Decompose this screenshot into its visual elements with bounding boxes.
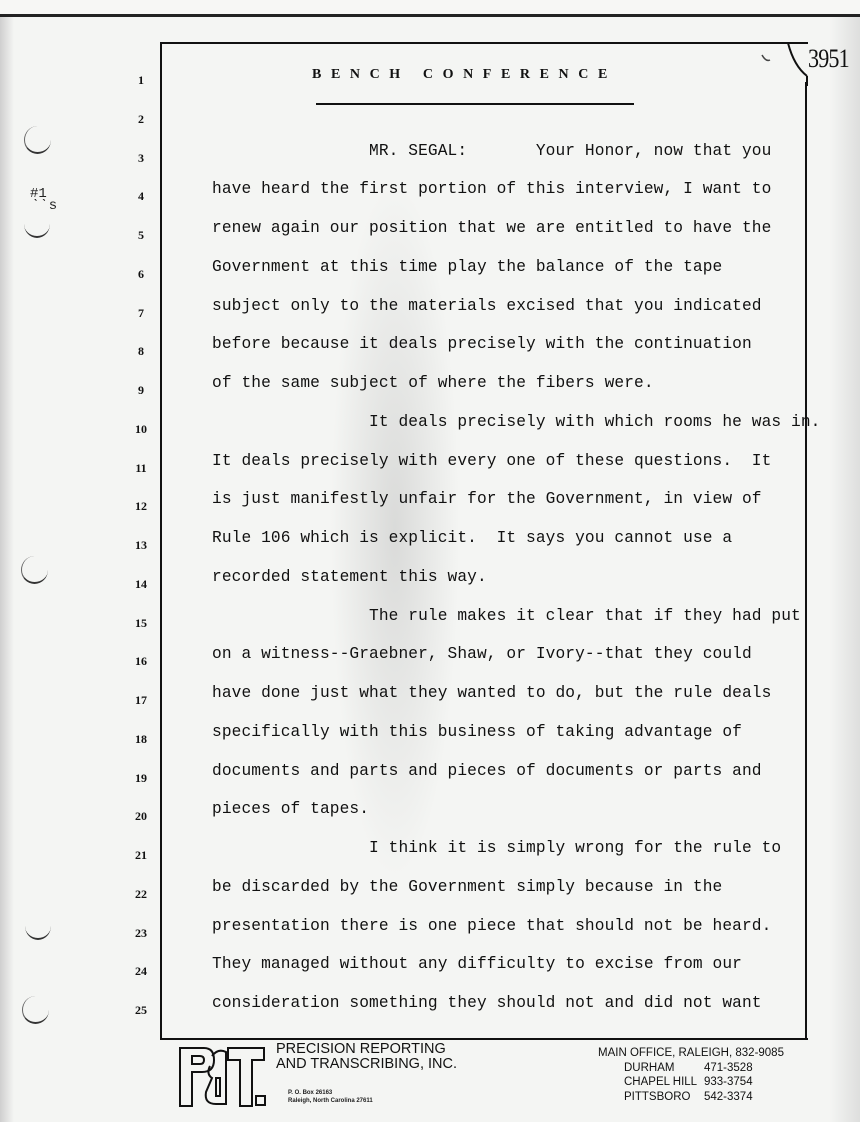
- line-number: 11: [126, 461, 156, 476]
- office-row: DURHAM471-3528: [598, 1061, 784, 1076]
- transcript-line: subject only to the materials excised th…: [212, 297, 762, 315]
- company-name: PRECISION REPORTING AND TRANSCRIBING, IN…: [276, 1042, 457, 1072]
- hole-punch-icon: [25, 912, 51, 940]
- transcript-line: I think it is simply wrong for the rule …: [212, 839, 781, 857]
- hole-punch-icon: [24, 210, 50, 238]
- transcript-line: specifically with this business of takin…: [212, 723, 742, 741]
- transcript-line: MR. SEGAL: Your Honor, now that you: [212, 142, 771, 160]
- line-number: 18: [126, 732, 156, 747]
- heading-underline: [316, 103, 634, 105]
- office-city: CHAPEL HILL: [624, 1075, 704, 1090]
- transcript-line: It deals precisely with every one of the…: [212, 452, 771, 470]
- office-row: PITTSBORO542-3374: [598, 1090, 784, 1105]
- line-number: 20: [126, 809, 156, 824]
- transcript-line: be discarded by the Government simply be…: [212, 878, 722, 896]
- office-phone: 933-3754: [704, 1076, 753, 1088]
- line-number: 13: [126, 538, 156, 553]
- office-city: PITTSBORO: [624, 1090, 704, 1105]
- office-city: DURHAM: [624, 1061, 704, 1076]
- page-frame-right: [805, 82, 807, 1038]
- margin-note: #1 ˋˋs: [30, 186, 57, 214]
- line-number: 5: [126, 228, 156, 243]
- margin-note-mark: ˋˋs: [32, 198, 57, 214]
- transcript-line: It deals precisely with which rooms he w…: [212, 413, 820, 431]
- office-phone: 542-3374: [704, 1091, 753, 1103]
- transcript-line: documents and parts and pieces of docume…: [212, 762, 762, 780]
- transcript-line: recorded statement this way.: [212, 568, 487, 586]
- line-number: 23: [126, 926, 156, 941]
- line-number: 25: [126, 1003, 156, 1018]
- company-logo: [178, 1044, 268, 1108]
- transcript-line: before because it deals precisely with t…: [212, 335, 752, 353]
- main-office: MAIN OFFICE, RALEIGH, 832-9085: [598, 1046, 784, 1061]
- transcript-line: presentation there is one piece that sho…: [212, 917, 771, 935]
- line-number: 17: [126, 693, 156, 708]
- line-number: 9: [126, 383, 156, 398]
- line-number: 14: [126, 577, 156, 592]
- hole-punch-icon: [22, 996, 49, 1024]
- transcript-line: pieces of tapes.: [212, 800, 369, 818]
- transcript-line: is just manifestly unfair for the Govern…: [212, 490, 762, 508]
- transcript-line: They managed without any difficulty to e…: [212, 955, 742, 973]
- line-number: 4: [126, 189, 156, 204]
- transcript-line: on a witness--Graebner, Shaw, or Ivory--…: [212, 645, 752, 663]
- transcript-line: Rule 106 which is explicit. It says you …: [212, 529, 732, 547]
- transcript-line: have heard the first portion of this int…: [212, 180, 771, 198]
- hole-punch-icon: [21, 556, 48, 584]
- line-number: 22: [126, 887, 156, 902]
- office-phone: 471-3528: [704, 1062, 753, 1074]
- frame-corner-cut: [760, 40, 810, 86]
- transcript-line: renew again our position that we are ent…: [212, 219, 771, 237]
- page-number: 3951: [808, 44, 849, 74]
- line-number: 1: [126, 73, 156, 88]
- line-number: 6: [126, 267, 156, 282]
- line-number: 2: [126, 112, 156, 127]
- office-directory: MAIN OFFICE, RALEIGH, 832-9085 DURHAM471…: [598, 1046, 784, 1104]
- line-number: 8: [126, 344, 156, 359]
- company-address: P. O. Box 26163 Raleigh, North Carolina …: [288, 1089, 373, 1105]
- line-number: 10: [126, 422, 156, 437]
- line-number: 21: [126, 848, 156, 863]
- scan-right-shadow: [830, 17, 860, 1122]
- transcript-line: The rule makes it clear that if they had…: [212, 607, 801, 625]
- office-row: CHAPEL HILL933-3754: [598, 1075, 784, 1090]
- hole-punch-icon: [24, 126, 51, 154]
- scan-top-edge: [0, 0, 860, 17]
- page-title: BENCH CONFERENCE: [312, 67, 617, 83]
- scan-left-shadow: [0, 17, 14, 1122]
- transcript-line: of the same subject of where the fibers …: [212, 374, 654, 392]
- line-number: 12: [126, 499, 156, 514]
- line-number: 7: [126, 306, 156, 321]
- line-number: 24: [126, 964, 156, 979]
- transcript-line: Government at this time play the balance…: [212, 258, 722, 276]
- line-number: 3: [126, 151, 156, 166]
- transcript-line: consideration something they should not …: [212, 994, 762, 1012]
- transcript-line: have done just what they wanted to do, b…: [212, 684, 771, 702]
- line-number: 19: [126, 771, 156, 786]
- line-number: 16: [126, 654, 156, 669]
- line-number: 15: [126, 616, 156, 631]
